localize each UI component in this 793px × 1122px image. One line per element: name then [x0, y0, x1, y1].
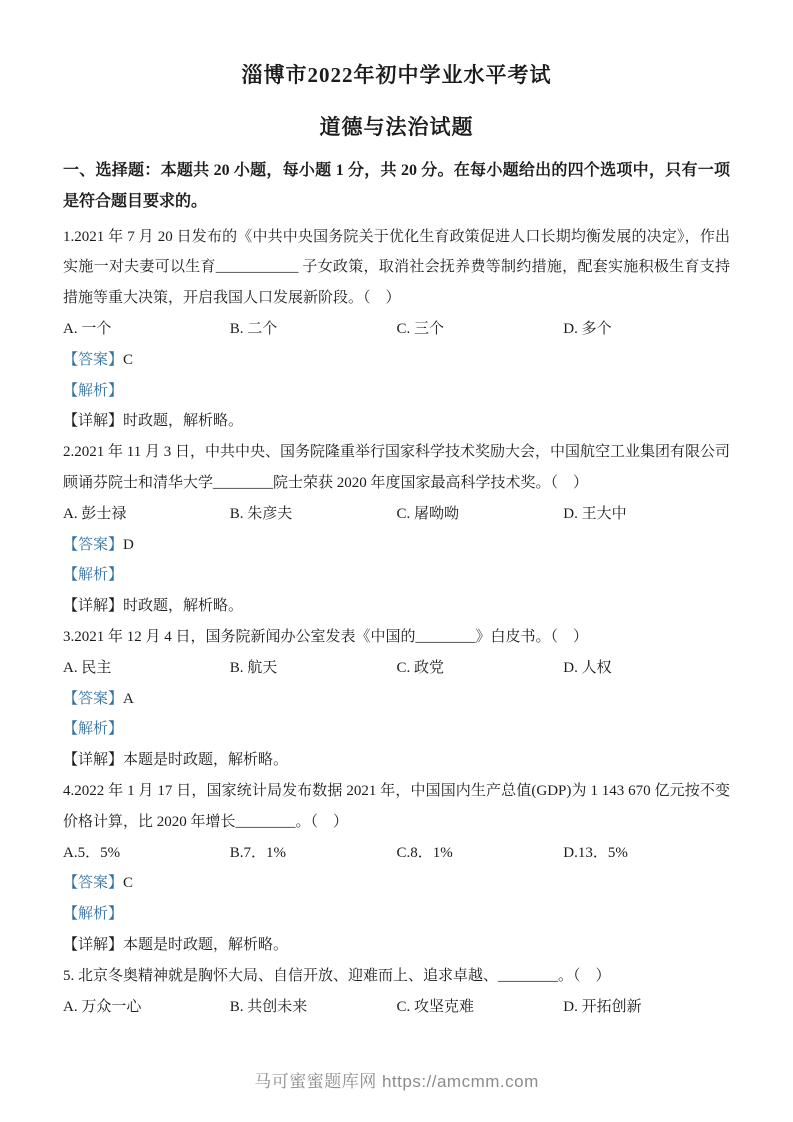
question-5-option-a: A. 万众一心	[63, 992, 230, 1023]
question-3-options: A. 民主 B. 航天 C. 政党 D. 人权	[63, 653, 730, 684]
question-4: 4.2022 年 1 月 17 日，国家统计局发布数据 2021 年，中国国内生…	[63, 776, 730, 961]
question-5: 5. 北京冬奥精神就是胸怀大局、自信开放、迎难而上、追求卓越、________。…	[63, 961, 730, 1023]
question-5-option-b: B. 共创未来	[230, 992, 397, 1023]
question-3-option-a: A. 民主	[63, 653, 230, 684]
question-5-stem: 5. 北京冬奥精神就是胸怀大局、自信开放、迎难而上、追求卓越、________。…	[63, 961, 730, 992]
question-3-option-c: C. 政党	[397, 653, 564, 684]
analysis-label: 【解析】	[63, 567, 123, 583]
answer-label: 【答案】	[63, 691, 123, 707]
question-4-option-d: D.13．5%	[563, 838, 730, 869]
detail-label: 【详解】	[63, 598, 123, 614]
question-4-options: A.5．5% B.7．1% C.8．1% D.13．5%	[63, 838, 730, 869]
question-2-answer-line: 【答案】D	[63, 530, 730, 561]
question-1-stem: 1.2021 年 7 月 20 日发布的《中共中央国务院关于优化生育政策促进人口…	[63, 222, 730, 314]
question-5-options: A. 万众一心 B. 共创未来 C. 攻坚克难 D. 开拓创新	[63, 992, 730, 1023]
section-header: 一、选择题：本题共 20 小题，每小题 1 分，共 20 分。在每小题给出的四个…	[63, 156, 730, 218]
question-5-option-d: D. 开拓创新	[563, 992, 730, 1023]
question-1-detail-text: 时政题，解析略。	[123, 413, 243, 429]
question-1-answer-value: C	[123, 352, 133, 368]
analysis-label: 【解析】	[63, 383, 123, 399]
question-2-stem: 2.2021 年 11 月 3 日，中共中央、国务院隆重举行国家科学技术奖励大会…	[63, 437, 730, 499]
question-3-stem: 3.2021 年 12 月 4 日，国务院新闻办公室发表《中国的________…	[63, 622, 730, 653]
question-1-option-b: B. 二个	[230, 314, 397, 345]
question-1-options: A. 一个 B. 二个 C. 三个 D. 多个	[63, 314, 730, 345]
question-3: 3.2021 年 12 月 4 日，国务院新闻办公室发表《中国的________…	[63, 622, 730, 776]
question-1-detail-line: 【详解】时政题，解析略。	[63, 406, 730, 437]
question-2-option-a: A. 彭士禄	[63, 499, 230, 530]
question-4-option-b: B.7．1%	[230, 838, 397, 869]
detail-label: 【详解】	[63, 937, 123, 953]
question-2-option-b: B. 朱彦夫	[230, 499, 397, 530]
question-4-detail-line: 【详解】本题是时政题，解析略。	[63, 930, 730, 961]
watermark-footer: 马可蜜蜜题库网 https://amcmm.com	[0, 1067, 793, 1092]
analysis-label: 【解析】	[63, 906, 123, 922]
question-2-detail-text: 时政题，解析略。	[123, 598, 243, 614]
question-2-detail-line: 【详解】时政题，解析略。	[63, 591, 730, 622]
answer-label: 【答案】	[63, 537, 123, 553]
question-1-analysis-line: 【解析】	[63, 376, 730, 407]
question-4-option-a: A.5．5%	[63, 838, 230, 869]
analysis-label: 【解析】	[63, 721, 123, 737]
question-2-answer-value: D	[123, 537, 134, 553]
answer-label: 【答案】	[63, 352, 123, 368]
question-4-stem: 4.2022 年 1 月 17 日，国家统计局发布数据 2021 年，中国国内生…	[63, 776, 730, 838]
question-1-answer-line: 【答案】C	[63, 345, 730, 376]
question-4-analysis-line: 【解析】	[63, 899, 730, 930]
question-2: 2.2021 年 11 月 3 日，中共中央、国务院隆重举行国家科学技术奖励大会…	[63, 437, 730, 622]
exam-document-page: 淄博市2022年初中学业水平考试 道德与法治试题 一、选择题：本题共 20 小题…	[0, 0, 793, 1122]
question-1-option-c: C. 三个	[397, 314, 564, 345]
question-3-analysis-line: 【解析】	[63, 714, 730, 745]
question-5-option-c: C. 攻坚克难	[397, 992, 564, 1023]
question-4-answer-value: C	[123, 875, 133, 891]
question-3-option-b: B. 航天	[230, 653, 397, 684]
detail-label: 【详解】	[63, 752, 123, 768]
question-4-detail-text: 本题是时政题，解析略。	[123, 937, 288, 953]
question-3-detail-line: 【详解】本题是时政题，解析略。	[63, 745, 730, 776]
question-1-option-d: D. 多个	[563, 314, 730, 345]
question-3-answer-line: 【答案】A	[63, 684, 730, 715]
exam-title: 淄博市2022年初中学业水平考试	[63, 60, 730, 90]
question-3-answer-value: A	[123, 691, 134, 707]
question-1: 1.2021 年 7 月 20 日发布的《中共中央国务院关于优化生育政策促进人口…	[63, 222, 730, 438]
question-2-option-c: C. 屠呦呦	[397, 499, 564, 530]
question-2-option-d: D. 王大中	[563, 499, 730, 530]
question-1-option-a: A. 一个	[63, 314, 230, 345]
answer-label: 【答案】	[63, 875, 123, 891]
question-2-options: A. 彭士禄 B. 朱彦夫 C. 屠呦呦 D. 王大中	[63, 499, 730, 530]
question-2-analysis-line: 【解析】	[63, 560, 730, 591]
exam-subtitle: 道德与法治试题	[63, 112, 730, 142]
detail-label: 【详解】	[63, 413, 123, 429]
question-3-option-d: D. 人权	[563, 653, 730, 684]
question-4-answer-line: 【答案】C	[63, 868, 730, 899]
question-3-detail-text: 本题是时政题，解析略。	[123, 752, 288, 768]
question-4-option-c: C.8．1%	[397, 838, 564, 869]
